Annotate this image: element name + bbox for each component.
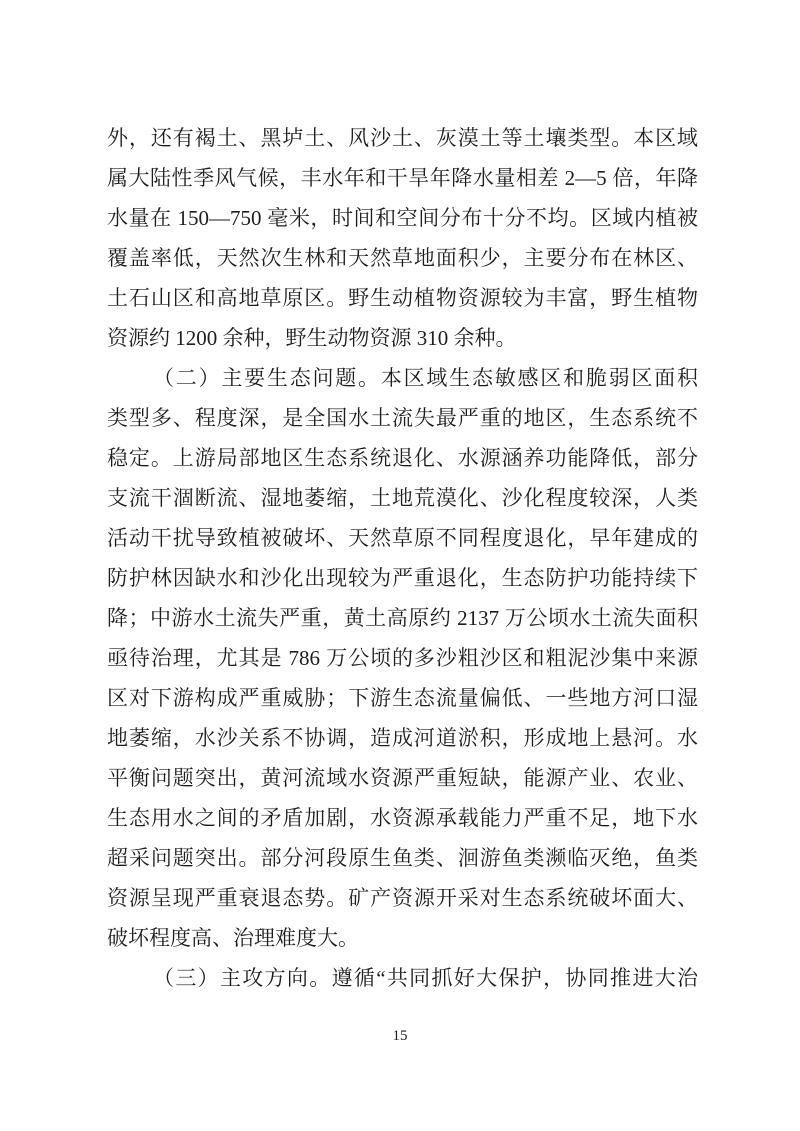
text-run: 遵循“共同抓好大保护，协同推进大治 [332,966,698,990]
text-line: 土石山区和高地草原区。野生动植物资源较为丰富，野生植物 [107,278,698,318]
text-line: 防护林因缺水和沙化出现较为严重退化，生态防护功能持续下 [107,558,698,598]
text-line: 稳定。上游局部地区生态系统退化、水源涵养功能降低，部分 [107,438,698,478]
text-line: 覆盖率低，天然次生林和天然草地面积少，主要分布在林区、 [107,238,698,278]
document-page: 外，还有褐土、黑垆土、风沙土、灰漠土等土壤类型。本区域 属大陆性季风气候，丰水年… [0,0,800,1131]
text-line: 属大陆性季风气候，丰水年和干旱年降水量相差 2—5 倍，年降 [107,158,698,198]
section-heading: （三）主攻方向。 [153,966,332,990]
text-line: 资源呈现严重衰退态势。矿产资源开采对生态系统破坏面大、 [107,878,698,918]
text-line: 区对下游构成严重威胁；下游生态流量偏低、一些地方河口湿 [107,678,698,718]
text-line: 资源约 1200 余种，野生动物资源 310 余种。 [107,318,698,358]
text-line: （二）主要生态问题。本区域生态敏感区和脆弱区面积大、 [107,358,698,398]
text-line: 类型多、程度深，是全国水土流失最严重的地区，生态系统不 [107,398,698,438]
text-line: 降；中游水土流失严重，黄土高原约 2137 万公顷水土流失面积 [107,598,698,638]
text-line: 破坏程度高、治理难度大。 [107,918,698,958]
section-heading: （二）主要生态问题。 [153,366,381,390]
page-number: 15 [0,1026,800,1046]
text-line: 外，还有褐土、黑垆土、风沙土、灰漠土等土壤类型。本区域 [107,118,698,158]
text-line: 地萎缩，水沙关系不协调，造成河道淤积，形成地上悬河。水 [107,718,698,758]
text-line: 平衡问题突出，黄河流域水资源严重短缺，能源产业、农业、 [107,758,698,798]
text-line: 亟待治理，尤其是 786 万公顷的多沙粗沙区和粗泥沙集中来源 [107,638,698,678]
text-line: 生态用水之间的矛盾加剧，水资源承载能力严重不足，地下水 [107,798,698,838]
text-line: 活动干扰导致植被破坏、天然草原不同程度退化，早年建成的 [107,518,698,558]
body-text: 外，还有褐土、黑垆土、风沙土、灰漠土等土壤类型。本区域 属大陆性季风气候，丰水年… [107,118,698,998]
text-line: （三）主攻方向。遵循“共同抓好大保护，协同推进大治 [107,958,698,998]
text-line: 超采问题突出。部分河段原生鱼类、洄游鱼类濒临灭绝，鱼类 [107,838,698,878]
text-line: 水量在 150—750 毫米，时间和空间分布十分不均。区域内植被 [107,198,698,238]
text-line: 支流干涸断流、湿地萎缩，土地荒漠化、沙化程度较深，人类 [107,478,698,518]
